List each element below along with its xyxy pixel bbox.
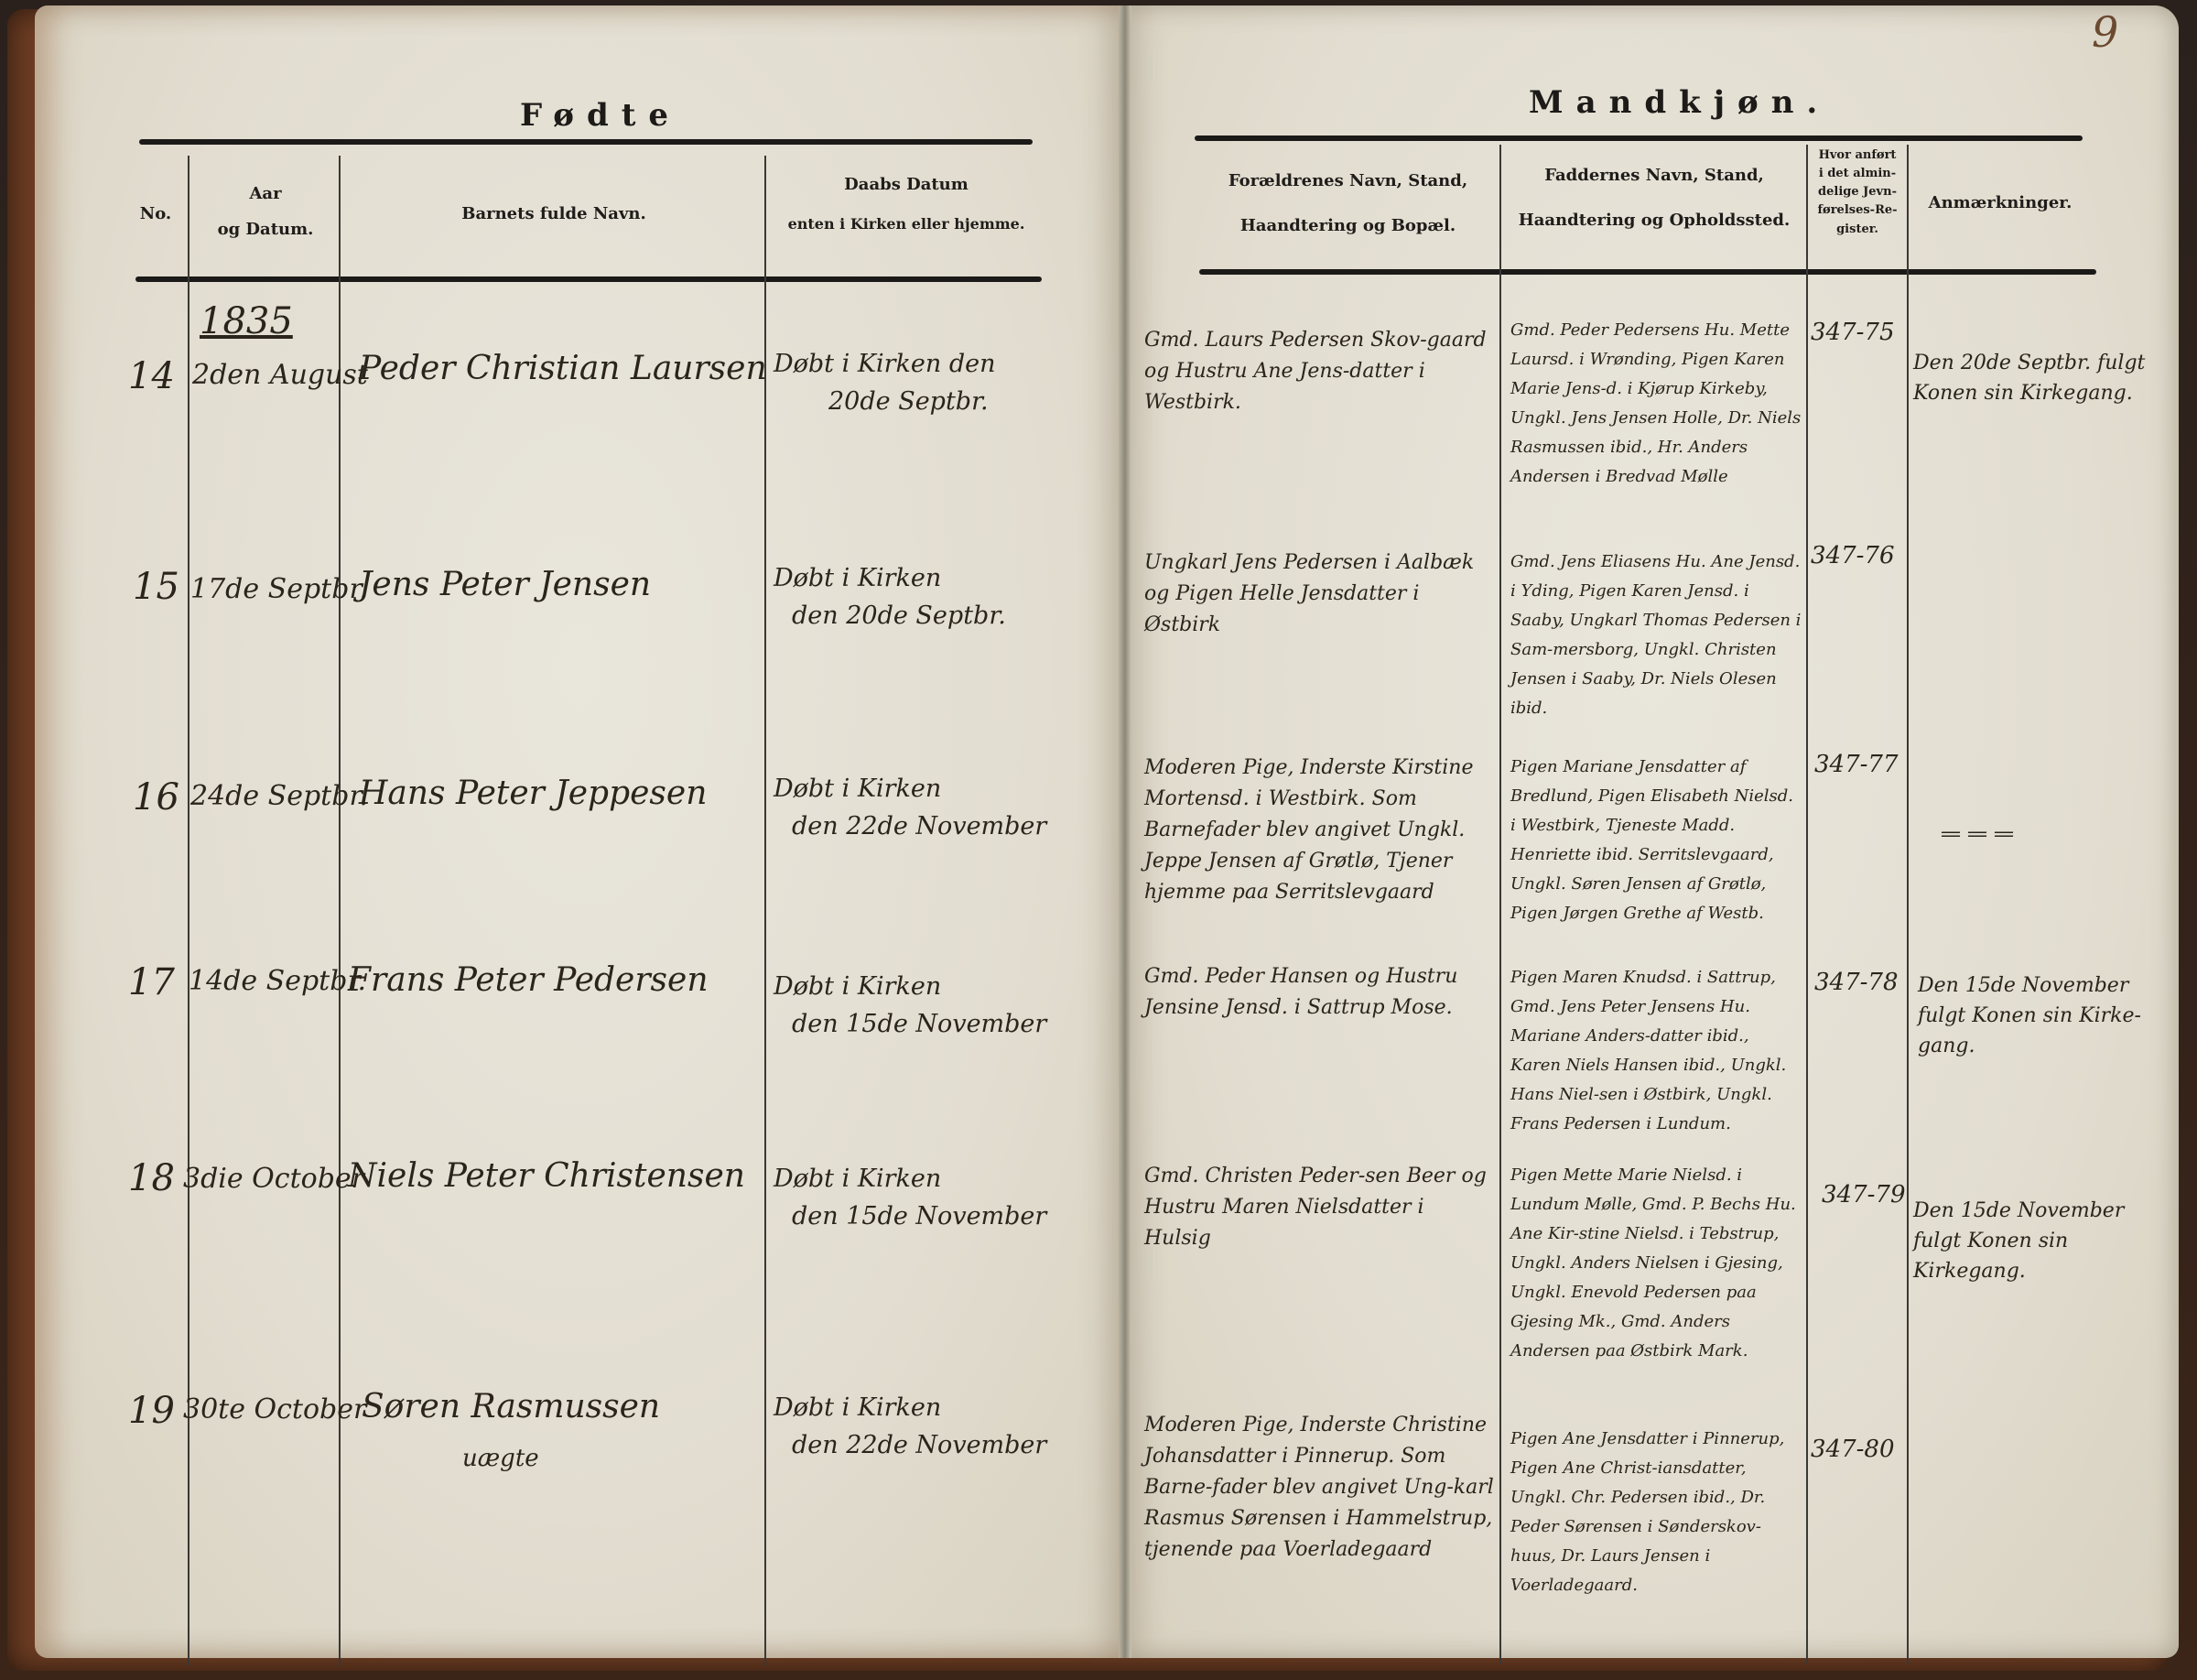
sponsors-info: Pigen Mariane Jensdatter af Bredlund, Pi…	[1510, 753, 1803, 928]
entry-date: 14de Septbr.	[189, 965, 366, 997]
baptism-line: den 15de November	[774, 1006, 1076, 1044]
entry-date: 24de Septbr.	[190, 780, 368, 812]
header-register: Hvor anført i det almin- delige Jevn- fø…	[1808, 146, 1907, 239]
child-name: Peder Christian Laursen	[359, 350, 767, 387]
register-number: 347-80	[1811, 1436, 1895, 1463]
header-sponsors: Faddernes Navn, Stand, Haandtering og Op…	[1503, 165, 1805, 232]
parents-info: Gmd. Christen Peder-sen Beer og Hustru M…	[1144, 1161, 1497, 1254]
header-parents: Forældrenes Navn, Stand, Haandtering og …	[1199, 170, 1497, 237]
entry-number: 19	[128, 1390, 175, 1432]
right-page-title: Mandkjøn.	[1529, 84, 1830, 121]
remarks: Den 20de Septbr. fulgt Konen sin Kirkega…	[1913, 348, 2170, 408]
child-name: Jens Peter Jensen	[359, 566, 651, 603]
header-year-line1: Aar	[192, 183, 339, 204]
header-register-line: delige Jevn-	[1808, 183, 1907, 201]
entry-number: 18	[128, 1157, 175, 1199]
baptism-line: Døbt i Kirken	[774, 560, 1076, 598]
remarks: Den 15de November fulgt Konen sin Kirkeg…	[1913, 1196, 2170, 1286]
remarks: — — —	[1941, 820, 2170, 851]
baptism-date: Døbt i Kirken den 15de November	[774, 969, 1076, 1043]
register-number: 347-76	[1811, 542, 1895, 569]
year-heading: 1835	[200, 300, 293, 342]
baptism-line: den 20de Septbr.	[774, 598, 1076, 635]
baptism-line: Døbt i Kirken den	[774, 346, 1076, 384]
child-name: Søren Rasmussen	[362, 1388, 660, 1425]
header-remarks: Anmærkninger.	[1913, 192, 2087, 213]
remarks: Den 15de November fulgt Konen sin Kirke-…	[1918, 970, 2174, 1061]
entry-date: 3die October	[183, 1163, 364, 1195]
header-baptism-line1: Daabs Datum	[769, 174, 1044, 195]
baptism-date: Døbt i Kirken den 15de November	[774, 1161, 1076, 1235]
header-top-rule-right	[1195, 135, 2083, 141]
header-sponsors-line1: Faddernes Navn, Stand,	[1503, 165, 1805, 186]
baptism-line: den 22de November	[774, 808, 1076, 846]
baptism-date: Døbt i Kirken den 22de November	[774, 771, 1076, 845]
header-register-line: førelses-Re-	[1808, 201, 1907, 220]
header-baptism-line2: enten i Kirken eller hjemme.	[769, 215, 1044, 234]
left-page-title: Fødte	[520, 97, 681, 134]
sponsors-info: Pigen Ane Jensdatter i Pinnerup, Pigen A…	[1510, 1425, 1803, 1600]
page-number: 9	[2092, 7, 2118, 57]
baptism-line: den 15de November	[774, 1198, 1076, 1236]
baptism-line: den 22de November	[774, 1427, 1076, 1465]
entry-number: 15	[133, 566, 179, 608]
child-name: Niels Peter Christensen	[348, 1157, 745, 1195]
entry-date: 30te October	[183, 1393, 366, 1425]
sponsors-info: Pigen Maren Knudsd. i Sattrup, Gmd. Jens…	[1510, 963, 1803, 1139]
parents-info: Moderen Pige, Inderste Kirstine Mortensd…	[1144, 753, 1497, 908]
header-register-line: gister.	[1808, 221, 1907, 239]
child-note: uægte	[462, 1445, 539, 1472]
child-name: Hans Peter Jeppesen	[359, 775, 707, 812]
register-number: 347-78	[1814, 969, 1899, 996]
baptism-date: Døbt i Kirken den 20de Septbr.	[774, 560, 1076, 634]
parents-info: Gmd. Laurs Pedersen Skov-gaard og Hustru…	[1144, 325, 1497, 418]
baptism-line: Døbt i Kirken	[774, 969, 1076, 1006]
column-divider	[1907, 145, 1909, 1664]
header-baptism: Daabs Datum enten i Kirken eller hjemme.	[769, 174, 1044, 234]
entry-number: 16	[133, 776, 179, 818]
header-parents-line2: Haandtering og Bopæl.	[1199, 215, 1497, 236]
column-divider	[1806, 145, 1808, 1664]
column-divider	[188, 156, 189, 1666]
baptism-line: Døbt i Kirken	[774, 1161, 1076, 1198]
parents-info: Ungkarl Jens Pedersen i Aalbæk og Pigen …	[1144, 547, 1497, 641]
header-parents-line1: Forældrenes Navn, Stand,	[1199, 170, 1497, 191]
child-name: Frans Peter Pedersen	[348, 961, 709, 999]
sponsors-info: Gmd. Peder Pedersens Hu. Mette Laursd. i…	[1510, 316, 1803, 492]
header-year: Aar og Datum.	[192, 183, 339, 241]
register-number: 347-75	[1811, 319, 1895, 346]
baptism-line: Døbt i Kirken	[774, 1390, 1076, 1427]
sponsors-info: Pigen Mette Marie Nielsd. i Lundum Mølle…	[1510, 1161, 1803, 1366]
entry-number: 14	[128, 355, 175, 397]
parents-info: Moderen Pige, Inderste Christine Johansd…	[1144, 1410, 1510, 1566]
register-number: 347-79	[1822, 1181, 1906, 1209]
header-child-name: Barnets fulde Navn.	[343, 203, 764, 224]
entry-number: 17	[128, 961, 175, 1003]
baptism-date: Døbt i Kirken den 22de November	[774, 1390, 1076, 1464]
baptism-line: Døbt i Kirken	[774, 771, 1076, 808]
sponsors-info: Gmd. Jens Eliasens Hu. Ane Jensd. i Ydin…	[1510, 547, 1803, 723]
parents-info: Gmd. Peder Hansen og Hustru Jensine Jens…	[1144, 961, 1497, 1024]
header-register-line: i det almin-	[1808, 165, 1907, 183]
header-top-rule-left	[139, 139, 1033, 145]
header-register-line: Hvor anført	[1808, 146, 1907, 165]
header-bottom-rule-left	[135, 276, 1042, 282]
header-no: No.	[128, 203, 183, 224]
baptism-line: 20de Septbr.	[774, 384, 1076, 421]
entry-date: 17de Septbr.	[190, 573, 368, 605]
header-bottom-rule-right	[1199, 269, 2096, 275]
header-sponsors-line2: Haandtering og Opholdssted.	[1503, 210, 1805, 231]
book-gutter	[1119, 5, 1131, 1658]
register-number: 347-77	[1814, 751, 1899, 778]
baptism-date: Døbt i Kirken den 20de Septbr.	[774, 346, 1076, 420]
entry-date: 2den August	[192, 359, 368, 391]
header-year-line2: og Datum.	[192, 219, 339, 240]
